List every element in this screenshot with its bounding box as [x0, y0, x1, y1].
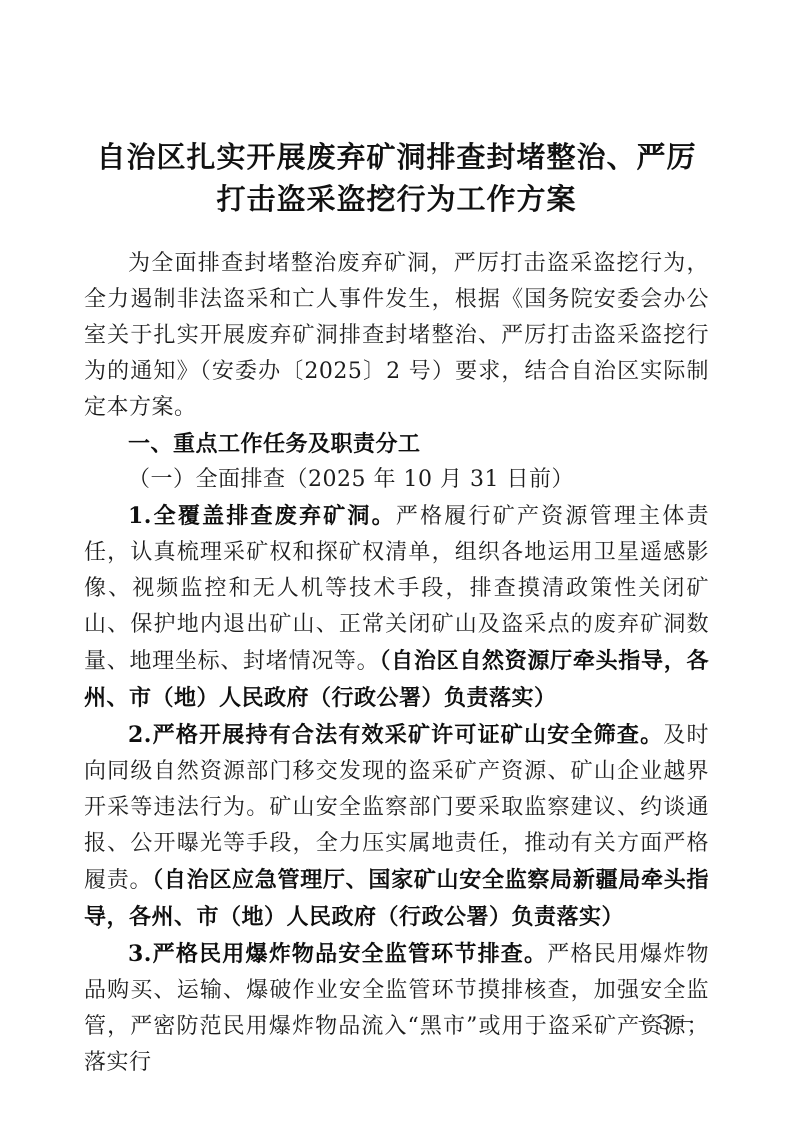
section-heading-text: 一、重点工作任务及职责分工: [128, 431, 421, 457]
task-1-lead: 1.全覆盖排查废弃矿洞。: [128, 503, 396, 529]
title-line-1: 自治区扎实开展废弃矿洞排查封堵整治、严厉: [96, 140, 696, 174]
page-number: －3－: [636, 1006, 695, 1035]
task-paragraph-1: 1.全覆盖排查废弃矿洞。严格履行矿产资源管理主体责任，认真梳理采矿权和探矿权清单…: [84, 498, 709, 717]
task-paragraph-2: 2.严格开展持有合法有效采矿许可证矿山安全筛查。及时向同级自然资源部门移交发现的…: [84, 717, 709, 936]
title-line-2: 打击盗采盗挖行为工作方案: [216, 182, 576, 216]
intro-text: 为全面排查封堵整治废弃矿洞，严厉打击盗采盗挖行为，全力遏制非法盗采和亡人事件发生…: [84, 251, 709, 420]
task-2-responsibility: （自治区应急管理厅、国家矿山安全监察局新疆局牵头指导，各州、市（地）人民政府（行…: [84, 867, 709, 930]
subsection-heading-text: （一）全面排查（2025 年 10 月 31 日前）: [128, 467, 574, 492]
section-heading: 一、重点工作任务及职责分工: [84, 426, 709, 462]
document-body: 为全面排查封堵整治废弃矿洞，严厉打击盗采盗挖行为，全力遏制非法盗采和亡人事件发生…: [84, 246, 709, 1081]
subsection-heading: （一）全面排查（2025 年 10 月 31 日前）: [84, 462, 709, 498]
document-title: 自治区扎实开展废弃矿洞排查封堵整治、严厉 打击盗采盗挖行为工作方案: [60, 136, 733, 220]
task-paragraph-3: 3.严格民用爆炸物品安全监管环节排查。严格民用爆炸物品购买、运输、爆破作业安全监…: [84, 936, 709, 1081]
task-3-lead: 3.严格民用爆炸物品安全监管环节排查。: [128, 941, 547, 967]
intro-paragraph: 为全面排查封堵整治废弃矿洞，严厉打击盗采盗挖行为，全力遏制非法盗采和亡人事件发生…: [84, 246, 709, 426]
task-2-lead: 2.严格开展持有合法有效采矿许可证矿山安全筛查。: [128, 722, 663, 748]
document-page: 自治区扎实开展废弃矿洞排查封堵整治、严厉 打击盗采盗挖行为工作方案 为全面排查封…: [0, 0, 793, 1121]
